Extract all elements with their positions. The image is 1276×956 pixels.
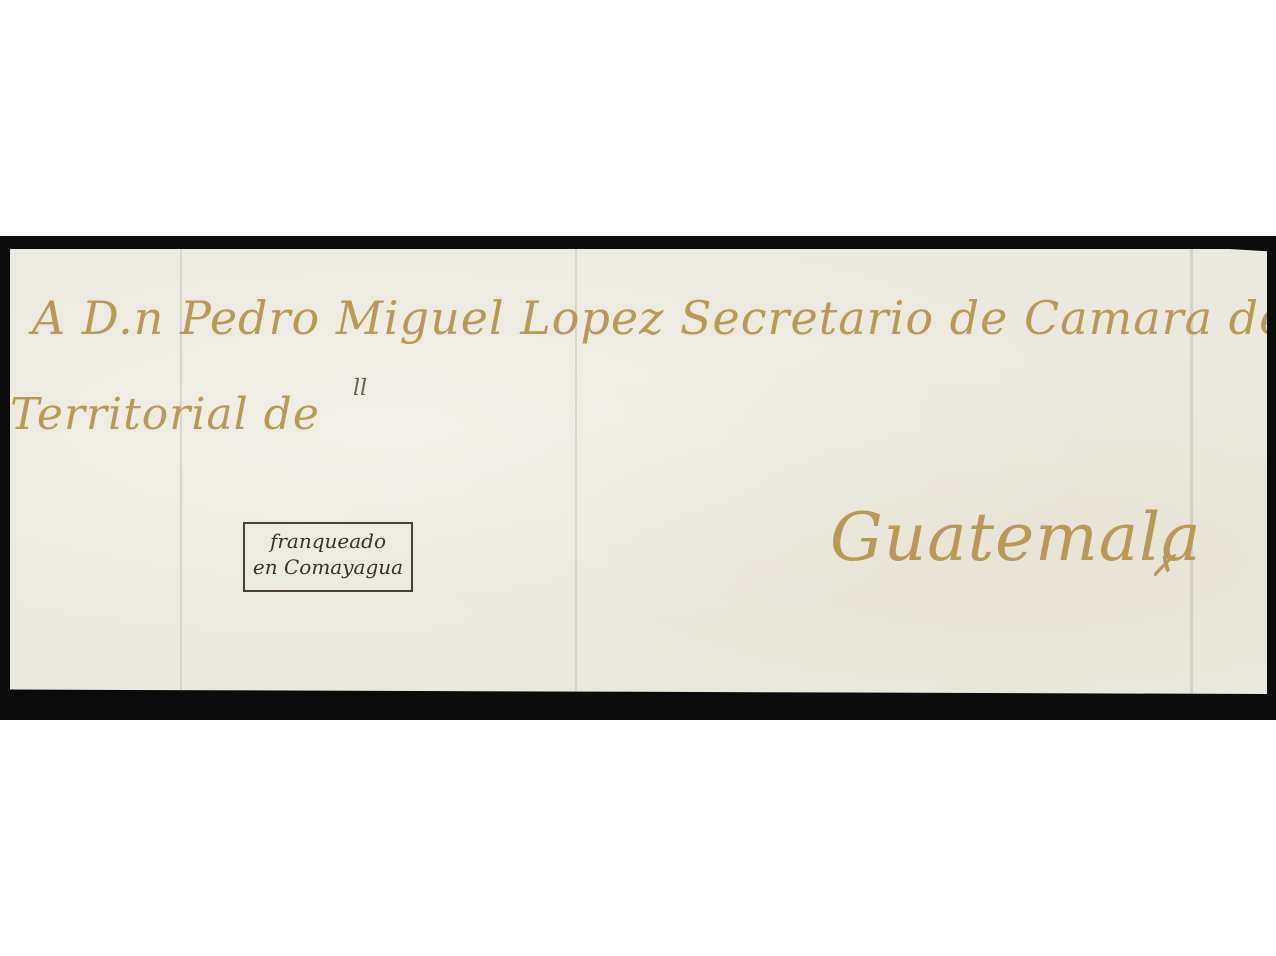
handstamp-line-1: franqueado bbox=[245, 528, 411, 554]
rate-mark: ll bbox=[353, 376, 367, 401]
address-line-2: Territorial de bbox=[10, 389, 320, 440]
address-line-1: A D.n Pedro Miguel Lopez Secretario de C… bbox=[32, 291, 1276, 345]
franqueado-handstamp: franqueado en Comayagua bbox=[243, 522, 413, 592]
letter-front: A D.n Pedro Miguel Lopez Secretario de C… bbox=[10, 249, 1267, 694]
handstamp-line-2: en Comayagua bbox=[245, 554, 411, 580]
destination-city: Guatemala bbox=[830, 499, 1202, 576]
flourish-mark: ✗ bbox=[1150, 549, 1176, 584]
